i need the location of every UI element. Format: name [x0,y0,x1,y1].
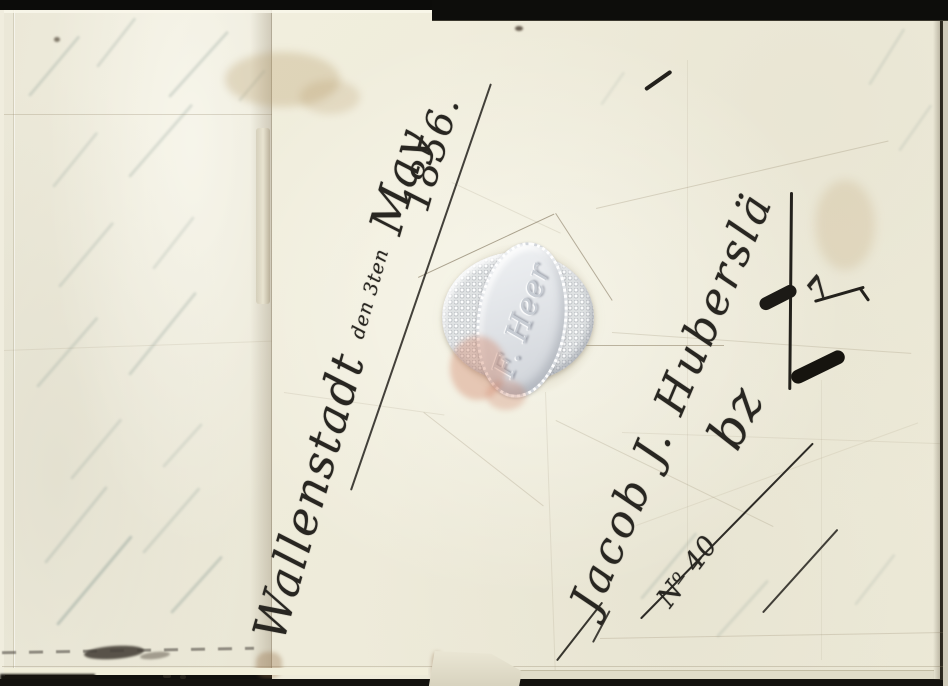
right-paper-edge-shadow [933,10,943,680]
scanner-top-band-step [432,0,948,21]
fold-crease-line [4,114,272,115]
stain-or-ink-blob [300,80,360,114]
scanned-folded-letter: F. Heer Wallenstadt den 3ten May 1856. J… [0,0,948,686]
scanner-right-strip [943,0,948,686]
stain-or-ink-blob [815,180,875,270]
letter-under-leaf [4,9,272,672]
stain-or-ink-blob [515,26,523,31]
top-paper-edge-highlight [4,10,432,13]
stain-or-ink-blob [486,380,526,410]
fold-crease-line [821,380,822,660]
stain-or-ink-blob [54,37,60,42]
left-leaf-crease [13,9,14,672]
stacked-paper-edge [256,128,270,304]
